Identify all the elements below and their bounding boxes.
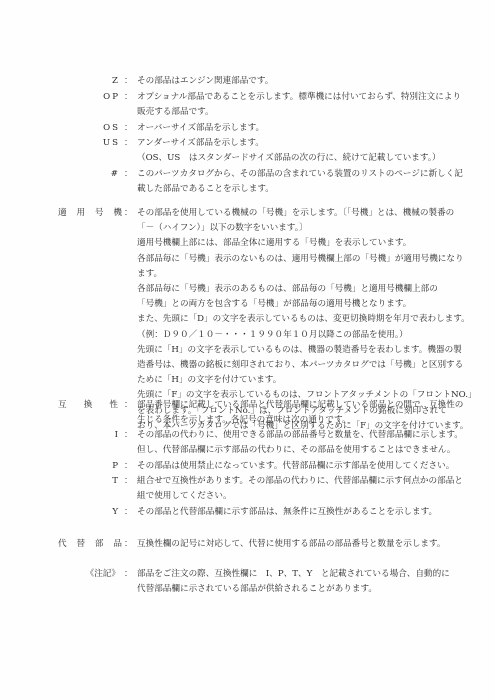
text-line: 部品をご注文の際、互換性欄に I、P、T、Y と記載されている場合、自動的に [137, 567, 482, 582]
text-line: 組で使用してください。 [137, 489, 482, 504]
section-label: 適 用 号 機 [58, 206, 122, 221]
text-line: 但し、代替部品欄に示す部品の代わりに、その部品を使用することはできません。 [137, 443, 482, 458]
text-line: 販売する部品です。 [137, 105, 482, 120]
code-label: Z [112, 74, 120, 89]
label-char: 換 [84, 398, 93, 413]
label-char: 部 [95, 537, 104, 552]
label-char: 機 [113, 206, 122, 221]
colon: ： [124, 537, 132, 552]
colon: ： [124, 74, 132, 89]
text-line: 各部品毎に「号機」表示のあるものは、部品毎の「号機」と適用号機欄上部の [137, 282, 482, 297]
text-line: 代替部品欄に示されている部品が供給されることがあります。 [137, 582, 482, 597]
code-description: その部品は使用禁止になっています。代替部品欄に示す部品を使用してください。 [137, 459, 482, 474]
text-line: このパーツカタログから、その部品の含まれている装置のリストのページに新しく記 [137, 167, 482, 182]
code-label: OP [103, 90, 120, 105]
text-line: オプショナル部品であることを示します。標準機には付いておらず、特別注文により [137, 90, 482, 105]
code-description: オーバーサイズ部品を示します。 [137, 121, 482, 136]
code-label: # [111, 167, 120, 182]
text-line: 各部品毎に「号機」表示のないものは、適用号機欄上部の「号機」が適用号機になり [137, 252, 482, 267]
code-description: その部品はエンジン関連部品です。 [137, 74, 482, 89]
text-line: 互換性欄の記号に対応して、代替に使用する部品の部品番号と数量を示します。 [137, 537, 482, 552]
code-description: 組合せで互換性があります。その部品の代わりに、代替部品欄に示す何点かの部品と 組… [137, 474, 482, 504]
text-line: その部品を使用している機械の「号機」を示します。〔「号機」とは、機械の製番の [137, 206, 482, 221]
text-line: 載した部品であることを示します。 [137, 182, 482, 197]
label-char: 替 [76, 537, 85, 552]
text-line: 造番号は、機器の銘板に刻印されており、本パーツカタログでは「号機」と区別する [137, 358, 482, 373]
section-label: 互 換 性 [58, 398, 118, 413]
note-body: 部品をご注文の際、互換性欄に I、P、T、Y と記載されている場合、自動的に 代… [137, 567, 482, 597]
section-body: 互換性欄の記号に対応して、代替に使用する部品の部品番号と数量を示します。 [137, 537, 482, 552]
text-line: その部品は使用禁止になっています。代替部品欄に示す部品を使用してください。 [137, 459, 482, 474]
code-label: OS [103, 121, 120, 136]
text-line: 先頭に「H」の文字を表示しているものは、機器の製造番号を表わします。機器の製 [137, 343, 482, 358]
colon: ： [124, 121, 132, 136]
text-line: （例：Ｄ９０／１０－・・・１９９０年１０月以降この部品を使用。） [137, 328, 482, 343]
label-char: 用 [76, 206, 85, 221]
code-description: オプショナル部品であることを示します。標準機には付いておらず、特別注文により 販… [137, 90, 482, 120]
colon: ： [124, 474, 132, 489]
colon: ： [124, 167, 132, 182]
label-char: 品 [113, 537, 122, 552]
colon: ： [124, 90, 132, 105]
code-description: このパーツカタログから、その部品の含まれている装置のリストのページに新しく記 載… [137, 167, 482, 197]
code-label: I [115, 428, 120, 443]
code-label: Y [112, 505, 120, 520]
label-char: 号 [95, 206, 104, 221]
scanned-document-page: Z ： その部品はエンジン関連部品です。 OP ： オプショナル部品であることを… [0, 0, 495, 700]
colon: ： [124, 459, 132, 474]
text-line: （OS、US はスタンダードサイズ部品の次の行に、続けて記載しています。） [137, 151, 482, 166]
code-label: T [112, 474, 120, 489]
text-line: ために「H」の文字を付けています。 [137, 373, 482, 388]
note-label: 《注記》 [86, 567, 120, 582]
colon: ： [124, 136, 132, 151]
code-label: US [103, 136, 120, 151]
text-line: アンダーサイズ部品を示します。 [137, 136, 482, 151]
section-label: 代 替 部 品 [58, 537, 122, 552]
text-line: その部品はエンジン関連部品です。 [137, 74, 482, 89]
label-char: 互 [58, 398, 67, 413]
colon: ： [124, 505, 132, 520]
label-char: 適 [58, 206, 67, 221]
code-description: アンダーサイズ部品を示します。 （OS、US はスタンダードサイズ部品の次の行に… [137, 136, 482, 166]
code-description: その部品の代わりに、使用できる部品の部品番号と数量を、代替部品欄に示します。 但… [137, 428, 482, 458]
text-line: また、先頭に「D」の文字を表示しているものは、変更切換時期を年月で表わします。 [137, 312, 482, 327]
label-char: 代 [58, 537, 67, 552]
colon: ： [124, 567, 132, 582]
text-line: 「－（ハイフン）」以下の数字をいいます。〕 [137, 221, 482, 236]
text-line: その部品と代替部品欄に示す部品は、無条件に互換性があることを示します。 [137, 505, 482, 520]
code-description: その部品と代替部品欄に示す部品は、無条件に互換性があることを示します。 [137, 505, 482, 520]
text-line: 適用号機欄上部には、部品全体に適用する「号機」を表示しています。 [137, 236, 482, 251]
text-line: 組合せで互換性があります。その部品の代わりに、代替部品欄に示す何点かの部品と [137, 474, 482, 489]
text-line: 「号機」との両方を包含する「号機」が部品毎の適用号機となります。 [137, 297, 482, 312]
colon: ： [124, 428, 132, 443]
section-body: 部品番号欄に記載している部品と代替部品欄に記載している部品との間で、互換性の 生… [137, 398, 482, 428]
text-line: 部品番号欄に記載している部品と代替部品欄に記載している部品との間で、互換性の [137, 398, 482, 413]
text-line: ます。 [137, 267, 482, 282]
label-char: 性 [109, 398, 118, 413]
text-line: オーバーサイズ部品を示します。 [137, 121, 482, 136]
colon: ： [124, 206, 132, 221]
code-label: P [112, 459, 120, 474]
text-line: その部品の代わりに、使用できる部品の部品番号と数量を、代替部品欄に示します。 [137, 428, 482, 443]
text-line: 生じる条件を示します。各記号の意味は次の通りです。 [137, 413, 482, 428]
colon: ： [124, 398, 132, 413]
